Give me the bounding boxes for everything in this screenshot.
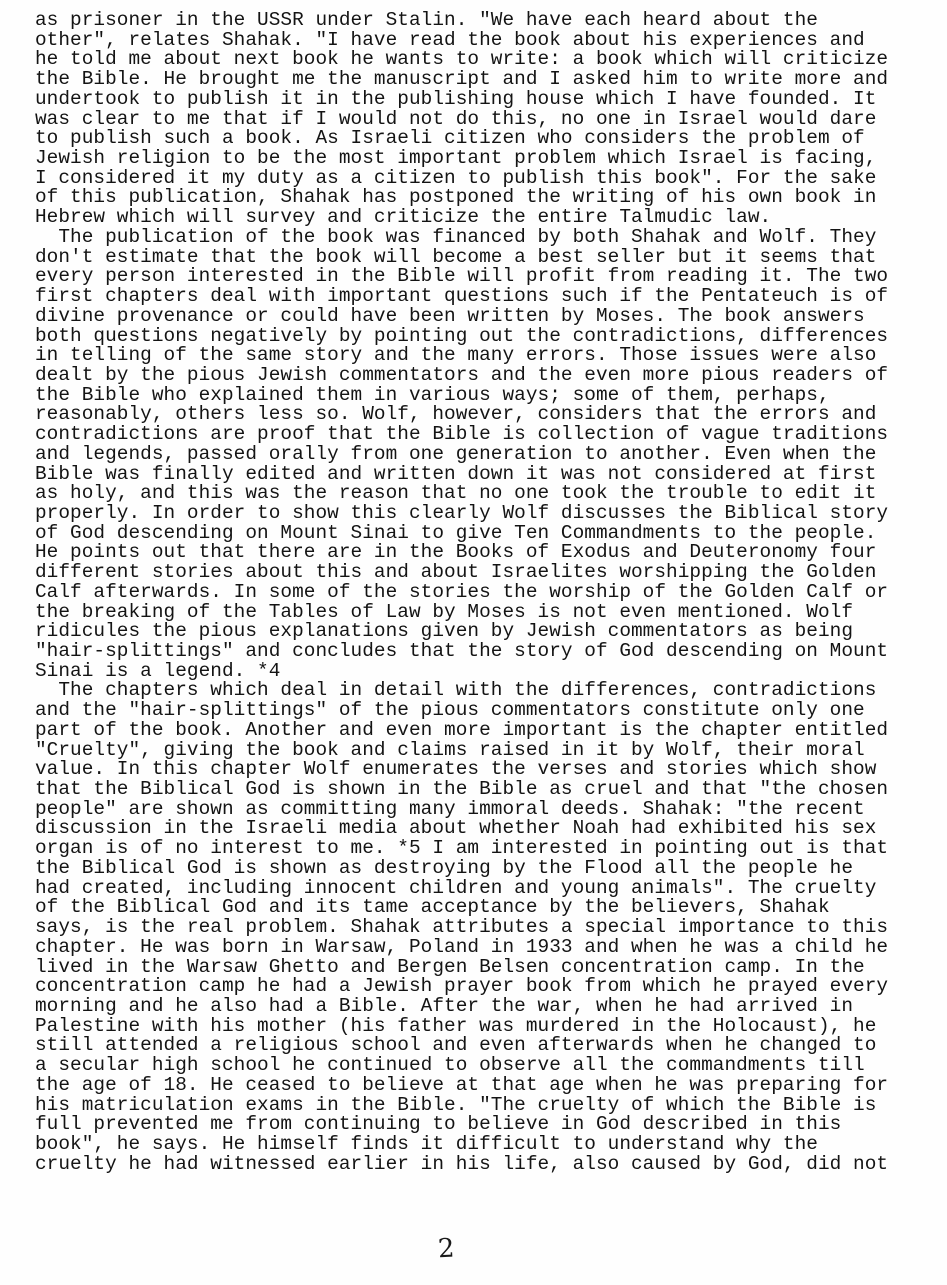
text-line: says, is the real problem. Shahak attrib…: [35, 918, 888, 938]
text-line: part of the book. Another and even more …: [35, 721, 888, 741]
text-line: book", he says. He himself finds it diff…: [35, 1135, 888, 1155]
text-line: undertook to publish it in the publishin…: [35, 90, 888, 110]
text-line: as holy, and this was the reason that no…: [35, 484, 888, 504]
text-line: Calf afterwards. In some of the stories …: [35, 583, 888, 603]
text-line: Jewish religion to be the most important…: [35, 149, 888, 169]
text-line: properly. In order to show this clearly …: [35, 504, 888, 524]
text-line: cruelty he had witnessed earlier in his …: [35, 1155, 888, 1175]
text-line: organ is of no interest to me. *5 I am i…: [35, 839, 888, 859]
text-line: morning and he also had a Bible. After t…: [35, 997, 888, 1017]
text-line: dealt by the pious Jewish commentators a…: [35, 366, 888, 386]
text-line: concentration camp he had a Jewish praye…: [35, 977, 888, 997]
page-number: 2: [437, 1234, 455, 1265]
text-line: contradictions are proof that the Bible …: [35, 425, 888, 445]
text-line: divine provenance or could have been wri…: [35, 307, 888, 327]
text-line: The publication of the book was financed…: [35, 228, 888, 248]
text-line: in telling of the same story and the man…: [35, 346, 888, 366]
text-line: and the "hair-splittings" of the pious c…: [35, 701, 888, 721]
text-line: different stories about this and about I…: [35, 563, 888, 583]
text-line: "hair-splittings" and concludes that the…: [35, 642, 888, 662]
body-text: as prisoner in the USSR under Stalin. "W…: [35, 11, 888, 1174]
text-line: the Biblical God is shown as destroying …: [35, 859, 888, 879]
text-line: Hebrew which will survey and criticize t…: [35, 208, 888, 228]
text-line: first chapters deal with important quest…: [35, 287, 888, 307]
text-line: the Bible. He brought me the manuscript …: [35, 70, 888, 90]
text-line: and legends, passed orally from one gene…: [35, 445, 888, 465]
text-line: that the Biblical God is shown in the Bi…: [35, 780, 888, 800]
text-line: full prevented me from continuing to bel…: [35, 1115, 888, 1135]
text-line: chapter. He was born in Warsaw, Poland i…: [35, 938, 888, 958]
text-line: as prisoner in the USSR under Stalin. "W…: [35, 11, 888, 31]
text-line: the age of 18. He ceased to believe at t…: [35, 1076, 888, 1096]
document-page: as prisoner in the USSR under Stalin. "W…: [0, 0, 947, 1285]
text-line: a secular high school he continued to ob…: [35, 1056, 888, 1076]
